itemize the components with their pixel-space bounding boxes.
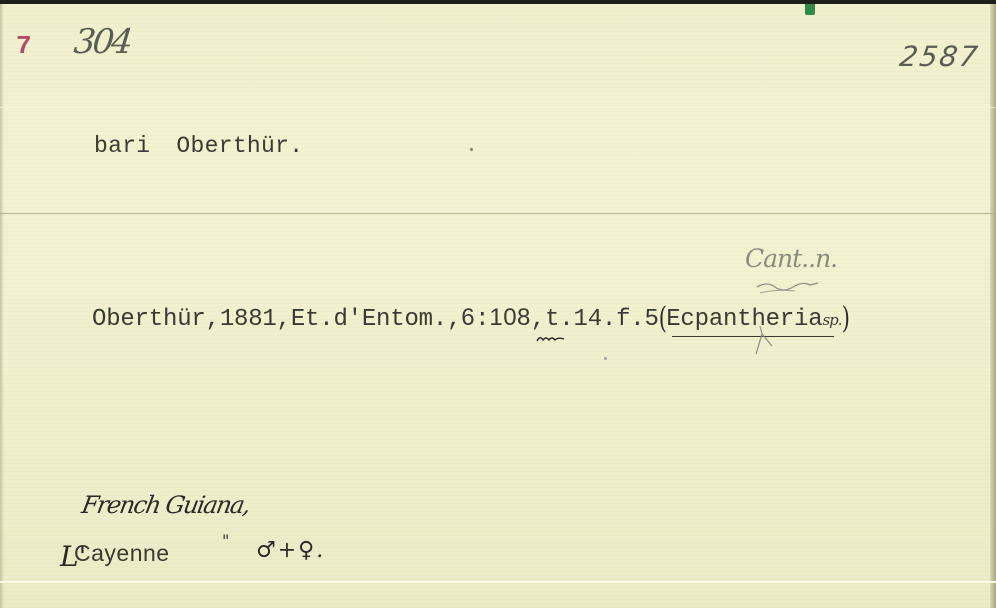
locality-typed: Cayenne — [74, 540, 170, 567]
ruled-line-highlight — [0, 107, 996, 108]
reference-page-separator: : — [475, 306, 489, 333]
reference-volume: 6 — [461, 304, 475, 331]
pencil-wave-mark — [755, 279, 820, 295]
reference-plate-figure: ,t.14.f.5 — [531, 306, 659, 333]
taxon-name-line: bariOberthür. — [94, 133, 303, 159]
drawer-number: 7 — [16, 31, 32, 61]
genus-suffix: sp. — [822, 311, 841, 329]
ruled-line-bottom — [0, 581, 996, 583]
locality-handwritten: French Guiana, — [80, 491, 252, 519]
ruled-line-divider — [0, 213, 996, 214]
card-number-right: 2587 — [898, 40, 982, 73]
paper-speck — [470, 148, 473, 151]
taxon-author: Oberthür. — [176, 133, 303, 159]
reference-journal: Et.d'Entom., — [291, 306, 461, 333]
locality-quote-close: " — [222, 531, 229, 550]
card-left-edge — [0, 4, 4, 608]
sex-symbols: ♂+♀. — [256, 538, 325, 563]
specimen-index-card: 7 304 2587 bariOberthür. Cant..n. Oberth… — [0, 4, 996, 608]
card-right-edge — [990, 4, 996, 608]
green-tab-marker — [805, 4, 815, 15]
volume-squiggle-mark — [536, 334, 566, 344]
pencil-annotation: Cant..n. — [745, 244, 837, 273]
taxon-name: bari — [94, 133, 150, 159]
paren-close: ) — [841, 301, 849, 336]
pencil-caret-mark — [752, 326, 782, 358]
reference-author-year: Oberthür,1881, — [92, 306, 291, 333]
paper-speck — [604, 357, 607, 360]
original-genus-name: Ecpantheria — [666, 306, 822, 333]
card-number-left: 304 — [72, 22, 132, 62]
reference-citation: Oberthür,1881,Et.d'Entom.,6:108,t.14.f.5… — [92, 301, 849, 336]
reference-page: 108 — [489, 304, 531, 331]
